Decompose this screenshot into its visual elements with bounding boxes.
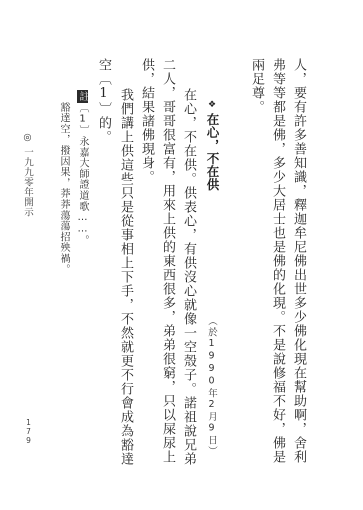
section-title: 在心，不在供 [205, 113, 220, 191]
body-line: 在心，不在供。供表心，有供沒心就像一空殼子。諾祖說兄弟 [181, 88, 195, 466]
body-line: 二人，哥哥很富有，用來上供的東西很多，弟弟很窮，只以屎尿上 [160, 58, 174, 464]
body-line: 空〔1〕的。 [96, 58, 110, 144]
body-line: 人，要有許多善知識，釋迦牟尼佛出世多少佛化現在幫助啊，舍利 [291, 58, 305, 464]
page-number: 179 [24, 418, 33, 445]
body-line: 供，結果諸佛現身。 [139, 58, 153, 184]
body-line: 弗等等都是佛，多少大居士也是佛的化現。不是說修福不好，佛是 [270, 58, 284, 464]
section-heading: ❖在心，不在供 [205, 100, 219, 191]
body-line: 兩足尊。 [249, 58, 263, 114]
footnote-label: 註 [77, 90, 88, 103]
diamond-marker-icon: ❖ [207, 100, 217, 113]
running-head: ◎一九九零年開示 [22, 132, 33, 217]
footnote-line: 豁達空，撥因果，莽莽蕩蕩招殃禍。 [58, 102, 69, 275]
section-date: （於1990年2月9日） [206, 316, 217, 457]
running-head-text: 一九九零年開示 [22, 147, 33, 217]
body-line: 我們講上供這些只是從事相上下手，不然就更不行會成為豁達 [118, 88, 132, 466]
footnote-text: 〔1〕永嘉大師證道歌……。 [77, 103, 88, 246]
emblem-icon: ◎ [22, 132, 33, 147]
book-page: 人，要有許多善知識，釋迦牟尼佛出世多少佛化現在幫助啊，舍利 弗等等都是佛，多少大… [0, 0, 363, 510]
footnote-line: 註〔1〕永嘉大師證道歌……。 [77, 90, 88, 246]
